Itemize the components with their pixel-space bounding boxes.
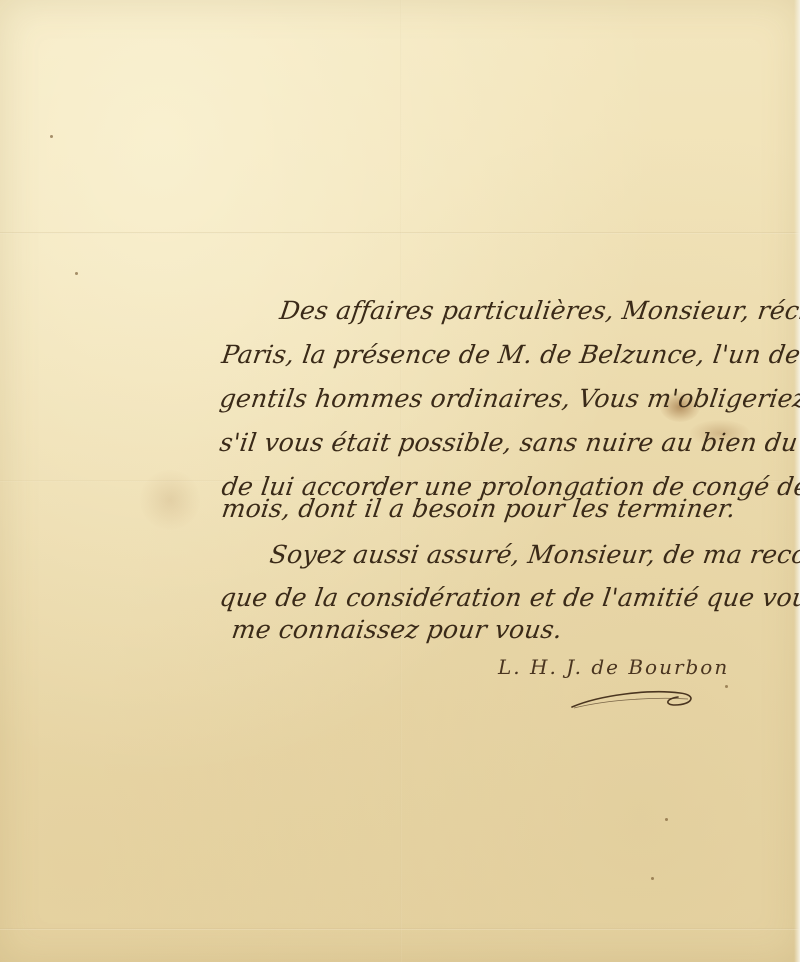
letter-line-2: Paris, la présence de M. de Belzunce, l'… [220,340,800,369]
letter-line-7: Soyez aussi assuré, Monsieur, de ma reco… [268,540,800,569]
letter-page: Des affaires particulières, Monsieur, ré… [0,0,800,962]
letter-body: Des affaires particulières, Monsieur, ré… [0,0,800,962]
letter-line-4: s'il vous était possible, sans nuire au … [218,428,800,457]
letter-line-9: me connaissez pour vous. [230,615,564,644]
letter-line-3: gentils hommes ordinaires, Vous m'oblige… [218,384,800,413]
letter-line-8: que de la considération et de l'amitié q… [218,583,800,612]
letter-line-6: mois, dont il a besoin pour les terminer… [220,494,738,523]
letter-line-1: Des affaires particulières, Monsieur, ré… [278,296,800,325]
signature-flourish-icon [570,675,700,715]
